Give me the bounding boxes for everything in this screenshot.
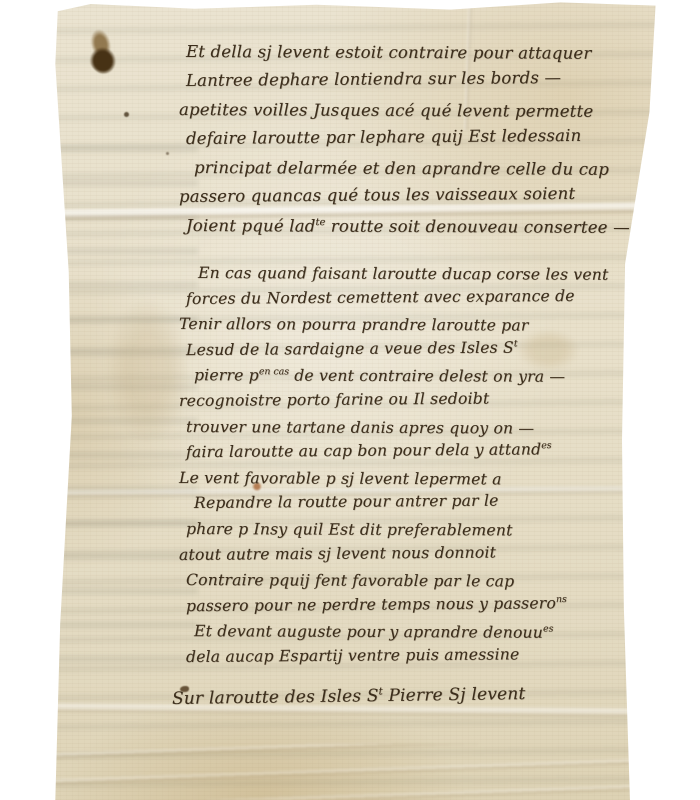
manuscript-line: Joient pqué ladte routte soit denouveau … [186, 216, 646, 247]
manuscript-line: passero quancas qué tous les vaisseaux s… [179, 183, 646, 216]
manuscript-text: Et della sj levent estoit contraire pour… [186, 42, 646, 709]
manuscript-line: recognoistre porto farine ou Il sedoibt [179, 388, 646, 417]
bleed-through-ghost-text-left-margin [48, 120, 198, 680]
manuscript-line: dela aucap Espartij ventre puis amessine [186, 644, 646, 673]
paragraph-1: Et della sj levent estoit contraire pour… [186, 42, 646, 245]
closing-line: Sur laroutte des Isles St Pierre Sj leve… [172, 689, 646, 709]
manuscript-line: passero pour ne perdre temps nous y pass… [186, 593, 646, 622]
manuscript-line: Lesud de la sardaigne a veue des Isles S… [186, 337, 646, 366]
manuscript-line: Sur laroutte des Isles St Pierre Sj leve… [172, 682, 646, 709]
manuscript-line: Repandre la routte pour antrer par le [194, 491, 646, 520]
manuscript-line: atout autre mais sj levent nous donnoit [179, 542, 646, 571]
manuscript-line: faira laroutte au cap bon pour dela y at… [186, 440, 646, 469]
manuscript-line: forces du Nordest cemettent avec exparan… [186, 286, 646, 315]
photo-background: Et della sj levent estoit contraire pour… [0, 0, 700, 800]
manuscript-page: Et della sj levent estoit contraire pour… [48, 0, 658, 800]
manuscript-line: Lantree dephare lontiendra sur les bords… [186, 67, 646, 100]
paragraph-2: En cas quand faisant laroutte ducap cors… [186, 264, 646, 674]
manuscript-line: defaire laroutte par lephare quij Est le… [186, 125, 646, 158]
